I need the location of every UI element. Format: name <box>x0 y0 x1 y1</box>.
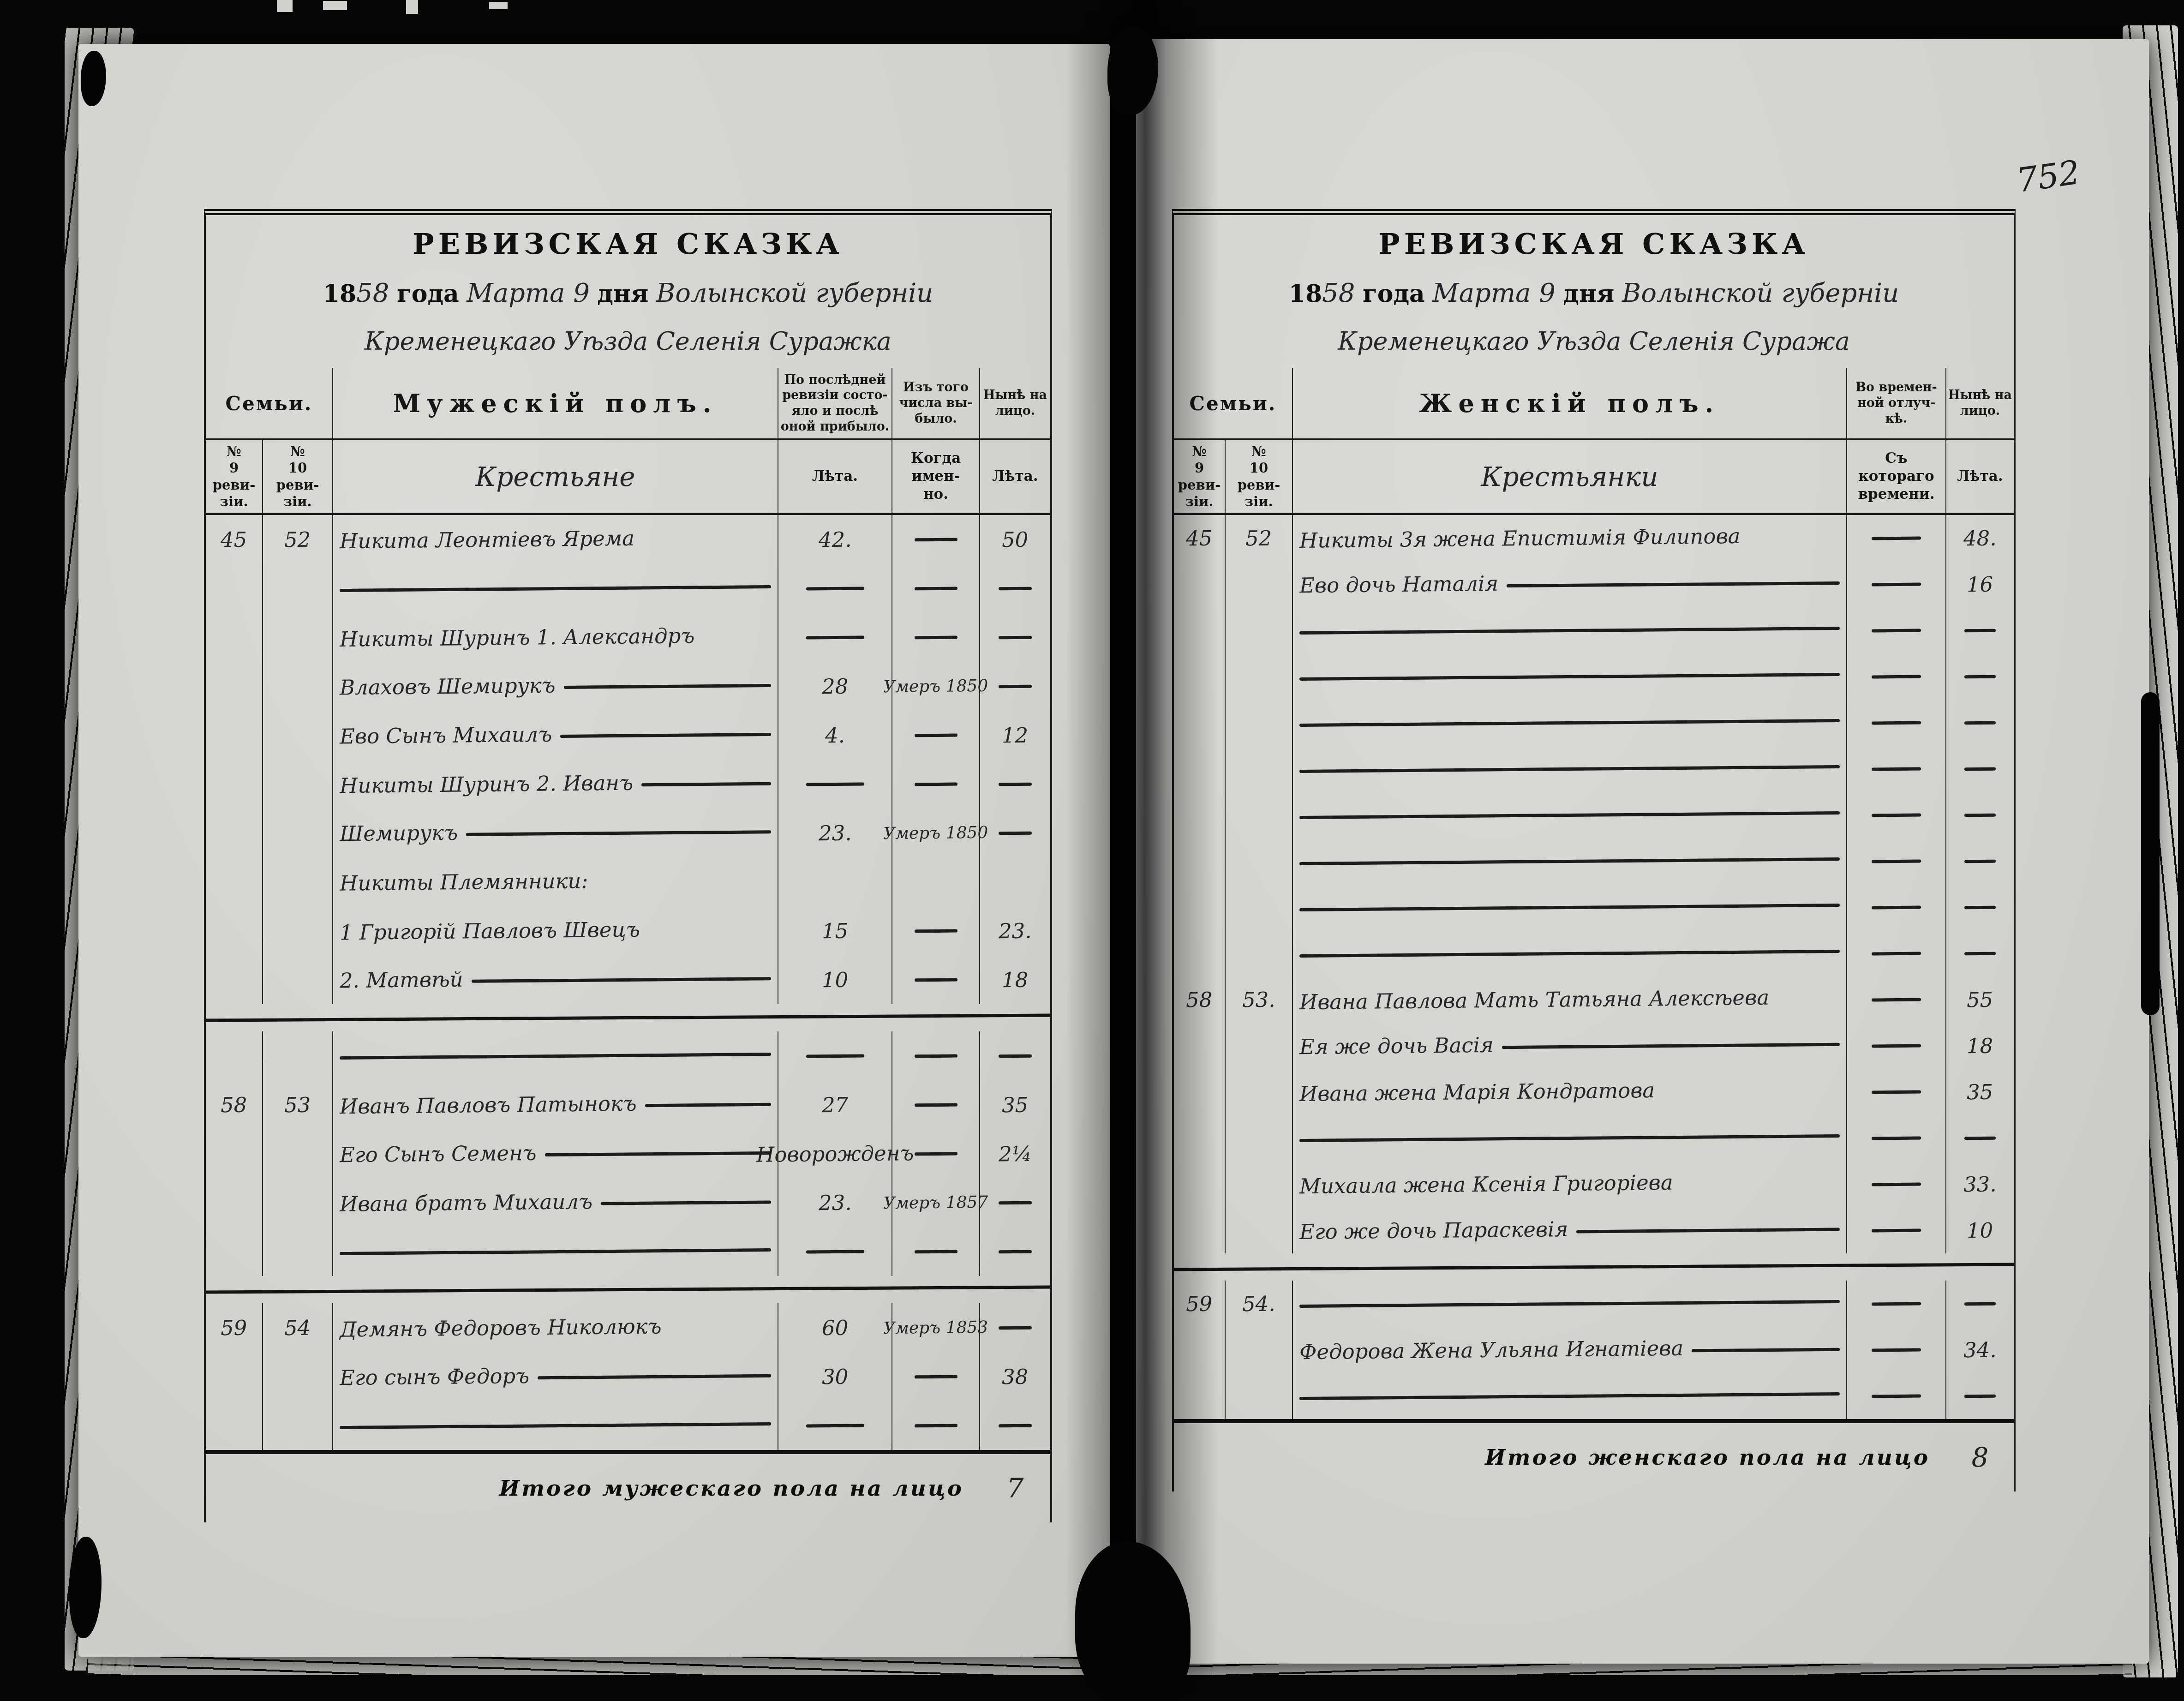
handwritten-name: Никита Леонтіевъ Ярема <box>340 526 634 553</box>
cell-when <box>892 515 980 564</box>
header-now-present: Нынѣ на лицо. <box>980 368 1050 438</box>
handwritten-dash <box>999 1326 1032 1330</box>
table-row: 5954. <box>1174 1281 2014 1327</box>
cell-now <box>1946 653 2014 700</box>
cell-away <box>1847 1023 1946 1069</box>
handwritten-value: 2¼ <box>999 1141 1032 1166</box>
cell-last <box>778 613 892 662</box>
cell-name <box>333 1227 778 1276</box>
left-page: РЕВИЗСКАЯ СКАЗКА 1858 года Марта 9 дня В… <box>78 44 1110 1657</box>
handwritten-value: 50 <box>1002 527 1029 552</box>
handwritten-dash <box>1502 1042 1840 1048</box>
cell-r9 <box>206 955 263 1004</box>
cell-when: Умеръ 1853 <box>892 1303 980 1352</box>
cell-r10 <box>263 1227 333 1276</box>
cell-now: 18 <box>980 955 1050 1004</box>
cell-r10 <box>263 809 333 857</box>
header-female-sex: Женскій полъ. <box>1293 368 1847 438</box>
table-row <box>1174 1373 2014 1419</box>
handwritten-dash <box>999 635 1032 639</box>
handwritten-value: 4. <box>825 723 845 747</box>
cell-r10: 54. <box>1226 1281 1293 1327</box>
handwritten-dash <box>1872 1302 1921 1306</box>
cell-name <box>1293 700 1847 746</box>
subheader-years-now: Лѣта. <box>1946 440 2014 513</box>
cell-away <box>1847 653 1946 700</box>
cell-r10 <box>1226 561 1293 607</box>
handwritten-dash <box>1872 767 1921 771</box>
handwritten-dash <box>1299 949 1840 957</box>
film-edge-mark <box>277 0 293 12</box>
cell-away <box>1847 930 1946 976</box>
cell-now <box>1946 884 2014 930</box>
handwritten-dash <box>915 733 957 737</box>
cell-away <box>1847 1281 1946 1327</box>
cell-when <box>892 1031 980 1080</box>
table-row: Михаила жена Ксенія Григоріева33. <box>1174 1161 2014 1207</box>
handwritten-dash <box>999 1424 1032 1427</box>
cell-name <box>1293 792 1847 838</box>
cell-away <box>1847 1207 1946 1253</box>
table-row: Ивана жена Марія Кондратова35 <box>1174 1069 2014 1115</box>
cell-last: 15 <box>778 906 892 955</box>
subheader-rev9: № 9 реви- зіи. <box>206 440 263 513</box>
cell-last <box>778 760 892 809</box>
cell-name <box>333 564 778 613</box>
handwritten-dash <box>915 1250 957 1253</box>
cell-now: 12 <box>980 711 1050 760</box>
handwritten-dash <box>1964 1136 1996 1140</box>
cell-when <box>892 760 980 809</box>
table-row: Его же дочь Параскевія10 <box>1174 1207 2014 1253</box>
right-title-area: РЕВИЗСКАЯ СКАЗКА 1858 года Марта 9 дня В… <box>1174 215 2014 368</box>
cell-r10 <box>263 906 333 955</box>
cell-now <box>1946 838 2014 884</box>
handwritten-dash <box>915 587 957 590</box>
cell-now <box>980 809 1050 857</box>
cell-now <box>980 1401 1050 1450</box>
handwritten-value: 10 <box>822 967 849 992</box>
cell-now <box>980 1178 1050 1227</box>
cell-name: Никиты Шуринъ 2. Иванъ <box>333 760 778 809</box>
handwritten-dash <box>1964 1302 1996 1306</box>
cell-now <box>980 662 1050 711</box>
right-page: 752 РЕВИЗСКАЯ СКАЗКА 1858 года Марта 9 д… <box>1136 39 2149 1664</box>
cell-away <box>1847 515 1946 561</box>
handwritten-value: 53 <box>284 1092 311 1117</box>
cell-when <box>892 711 980 760</box>
subheader-group-peasants: Крестьяне <box>333 440 778 513</box>
handwritten-dash <box>340 1052 771 1059</box>
handwritten-value: 23. <box>818 1190 851 1215</box>
handwritten-dash <box>1299 857 1840 865</box>
handwritten-dash <box>1964 859 1996 863</box>
handwritten-dash <box>466 830 771 836</box>
cell-r10 <box>263 857 333 906</box>
handwritten-dash <box>1964 905 1996 909</box>
cell-name <box>1293 607 1847 653</box>
cell-r10: 52 <box>1226 515 1293 561</box>
handwritten-dash <box>999 1201 1032 1204</box>
handwritten-dash <box>915 1054 957 1058</box>
cell-last <box>778 564 892 613</box>
handwritten-value: 42. <box>818 527 851 552</box>
film-edge-mark <box>489 2 508 9</box>
handwritten-name: Ея же дочь Васія <box>1299 1032 1494 1059</box>
cell-name: Никиты 3я жена Епистимія Филипова <box>1293 515 1847 561</box>
handwritten-page-number: 752 <box>2014 153 2082 200</box>
cell-name: Шемирукъ <box>333 809 778 857</box>
handwritten-name: Его сынъ Федоръ <box>340 1363 530 1390</box>
handwritten-dash <box>340 585 771 592</box>
total-male-label: Итого мужескаго пола на лицо <box>206 1476 980 1501</box>
table-row: Никиты Шуринъ 2. Иванъ <box>206 760 1050 809</box>
cell-now: 23. <box>980 906 1050 955</box>
handwritten-value: 34. <box>1963 1337 1997 1362</box>
handwritten-dash <box>806 587 864 590</box>
handwritten-dash <box>538 1374 771 1379</box>
cell-r9 <box>206 857 263 906</box>
handwritten-dash <box>999 1250 1032 1253</box>
cell-name: Иванъ Павловъ Патынокъ <box>333 1080 778 1129</box>
cell-when <box>892 857 980 906</box>
table-row: Ея же дочь Васія18 <box>1174 1023 2014 1069</box>
table-row: Федорова Жена Ульяна Игнатіева34. <box>1174 1327 2014 1373</box>
scan-artifact <box>2141 692 2160 1015</box>
cell-name: 2. Матвѣй <box>333 955 778 1004</box>
handwritten-value: 23. <box>818 821 851 845</box>
handwritten-dash <box>1872 536 1921 540</box>
cell-away <box>1847 746 1946 792</box>
cell-now: 18 <box>1946 1023 2014 1069</box>
table-row: Влаховъ Шемирукъ28Умеръ 1850 <box>206 662 1050 711</box>
cell-name: Влаховъ Шемирукъ <box>333 662 778 711</box>
cell-now: 48. <box>1946 515 2014 561</box>
left-subheader-row: № 9 реви- зіи. № 10 реви- зіи. Крестьяне… <box>206 440 1050 515</box>
table-row: 5954Демянъ Федоровъ Николюкъ60Умеръ 1853 <box>206 1303 1050 1352</box>
family-divider <box>206 1285 1050 1294</box>
subheader-years-now: Лѣта. <box>980 440 1050 513</box>
right-table-body: 4552Никиты 3я жена Епистимія Филипова48.… <box>1174 515 2014 1419</box>
book-gutter-shadow <box>1066 0 1218 1701</box>
cell-r10 <box>263 1178 333 1227</box>
handwritten-dash <box>1872 675 1921 678</box>
cell-away <box>1847 792 1946 838</box>
handwritten-dash <box>999 831 1032 835</box>
handwritten-dash <box>1872 998 1921 1001</box>
handwritten-value: 15 <box>822 918 849 943</box>
cell-name: Ея же дочь Васія <box>1293 1023 1847 1069</box>
table-row: 5853.Ивана Павлова Мать Татьяна Алексѣев… <box>1174 976 2014 1023</box>
year-handwritten: 58 <box>1322 278 1355 308</box>
cell-name <box>1293 884 1847 930</box>
cell-now <box>980 1031 1050 1080</box>
table-row: Ево дочь Наталія16 <box>1174 561 2014 607</box>
header-departed: Изъ того числа вы- было. <box>892 368 980 438</box>
cell-name: Демянъ Федоровъ Николюкъ <box>333 1303 778 1352</box>
handwritten-dash <box>806 1054 864 1058</box>
cell-name <box>1293 930 1847 976</box>
cell-away <box>1847 1327 1946 1373</box>
cell-when <box>892 564 980 613</box>
table-row: 5853Иванъ Павловъ Патынокъ2735 <box>206 1080 1050 1129</box>
cell-away <box>1847 1161 1946 1207</box>
handwritten-dash <box>1872 1228 1921 1232</box>
cell-away <box>1847 700 1946 746</box>
word-day: дня <box>1563 280 1614 308</box>
table-row <box>1174 746 2014 792</box>
cell-when: Умеръ 1850 <box>892 809 980 857</box>
cell-r10 <box>263 1352 333 1401</box>
cell-r10 <box>1226 1161 1293 1207</box>
cell-now <box>980 1227 1050 1276</box>
header-last-revision: По послѣдней ревизіи состо- яло и послѣ … <box>778 368 892 438</box>
total-female-label: Итого женскаго пола на лицо <box>1174 1445 1946 1470</box>
handwritten-value: 52 <box>1245 526 1272 551</box>
table-row <box>1174 607 2014 653</box>
cell-r9 <box>206 1178 263 1227</box>
table-row <box>1174 838 2014 884</box>
handwritten-dash <box>1964 721 1996 725</box>
handwritten-name: Демянъ Федоровъ Николюкъ <box>340 1314 662 1342</box>
table-row: 1 Григорій Павловъ Швецъ1523. <box>206 906 1050 955</box>
cell-r10 <box>263 760 333 809</box>
cell-name: Ево Сынъ Михаилъ <box>333 711 778 760</box>
cell-r10 <box>1226 884 1293 930</box>
cell-r9 <box>206 564 263 613</box>
right-header-row: Семьи. Женскій полъ. Во времен- ной отлу… <box>1174 368 2014 440</box>
cell-name: Его Сынъ Семенъ <box>333 1129 778 1178</box>
cell-now: 55 <box>1946 976 2014 1023</box>
handwritten-dash <box>472 977 771 983</box>
cell-now <box>1946 746 2014 792</box>
handwritten-dash <box>1872 1044 1921 1048</box>
left-header-row: Семьи. Мужескій полъ. По послѣдней ревиз… <box>206 368 1050 440</box>
handwritten-dash <box>806 1250 864 1253</box>
cell-when <box>892 1352 980 1401</box>
cell-name: Его же дочь Параскевія <box>1293 1207 1847 1253</box>
cell-r9 <box>206 613 263 662</box>
handwritten-dash <box>999 587 1032 590</box>
subheader-group-peasant-women: Крестьянки <box>1293 440 1847 513</box>
cell-last: 28 <box>778 662 892 711</box>
word-day: дня <box>597 280 648 308</box>
cell-away <box>1847 884 1946 930</box>
cell-r10 <box>1226 1069 1293 1115</box>
province-handwritten: Волынской губерніи <box>1622 278 1899 308</box>
handwritten-dash <box>1964 952 1996 955</box>
handwritten-dash <box>1872 629 1921 632</box>
cell-now <box>1946 1373 2014 1419</box>
handwritten-name: Ево дочь Наталія <box>1299 571 1499 598</box>
cell-away <box>1847 607 1946 653</box>
handwritten-name: Иванъ Павловъ Патынокъ <box>340 1091 637 1119</box>
table-row <box>206 1031 1050 1080</box>
handwritten-dash <box>806 1424 864 1427</box>
cell-name <box>1293 838 1847 884</box>
cell-r10 <box>1226 1373 1293 1419</box>
table-row: Никиты Племянники: <box>206 857 1050 906</box>
cell-name: Его сынъ Федоръ <box>333 1352 778 1401</box>
right-subheader-row: № 9 реви- зіи. № 10 реви- зіи. Крестьянк… <box>1174 440 2014 515</box>
year-printed: 18 <box>323 280 356 308</box>
table-row: Его сынъ Федоръ3038 <box>206 1352 1050 1401</box>
year-printed: 18 <box>1289 280 1322 308</box>
cell-name: Никиты Шуринъ 1. Александръ <box>333 613 778 662</box>
handwritten-name: Влаховъ Шемирукъ <box>340 673 556 700</box>
cell-now <box>1946 1281 2014 1327</box>
table-row <box>1174 653 2014 700</box>
cell-r10 <box>263 1129 333 1178</box>
cell-r10 <box>1226 1327 1293 1373</box>
handwritten-dash <box>1299 765 1840 773</box>
handwritten-dash <box>1964 813 1996 817</box>
cell-r9 <box>206 906 263 955</box>
table-row <box>206 1227 1050 1276</box>
cell-r9 <box>206 760 263 809</box>
cell-name: Ивана Павлова Мать Татьяна Алексѣева <box>1293 976 1847 1023</box>
handwritten-value: 54 <box>284 1315 311 1340</box>
handwritten-dash <box>915 1375 957 1378</box>
handwritten-dash <box>915 635 957 639</box>
left-revision-table: РЕВИЗСКАЯ СКАЗКА 1858 года Марта 9 дня В… <box>204 209 1052 1522</box>
cell-now: 35 <box>1946 1069 2014 1115</box>
document-title: РЕВИЗСКАЯ СКАЗКА <box>206 227 1050 261</box>
handwritten-dash <box>915 929 957 933</box>
handwritten-value: 38 <box>1002 1364 1029 1389</box>
cell-last: 60 <box>778 1303 892 1352</box>
handwritten-dash <box>1872 1182 1921 1186</box>
handwritten-dash <box>1872 1136 1921 1140</box>
handwritten-value: Умеръ 1850 <box>883 823 988 843</box>
handwritten-value: 33. <box>1963 1172 1997 1197</box>
cell-name: Ивана братъ Михаилъ <box>333 1178 778 1227</box>
cell-r10 <box>1226 1023 1293 1069</box>
handwritten-dash <box>1872 582 1921 586</box>
table-row: Шемирукъ23.Умеръ 1850 <box>206 809 1050 857</box>
cell-r9 <box>206 809 263 857</box>
handwritten-name: Ивана жена Марія Кондратова <box>1299 1078 1655 1106</box>
handwritten-dash <box>1872 721 1921 725</box>
handwritten-name: Никиты Шуринъ 1. Александръ <box>340 623 695 651</box>
cell-when: Умеръ 1850 <box>892 662 980 711</box>
document-title: РЕВИЗСКАЯ СКАЗКА <box>1174 227 2014 261</box>
cell-r10 <box>263 662 333 711</box>
handwritten-dash <box>1299 626 1840 634</box>
cell-last: 27 <box>778 1080 892 1129</box>
handwritten-name: Федорова Жена Ульяна Игнатіева <box>1299 1336 1684 1364</box>
table-row <box>1174 930 2014 976</box>
handwritten-dash <box>1872 1348 1921 1352</box>
right-revision-table: РЕВИЗСКАЯ СКАЗКА 1858 года Марта 9 дня В… <box>1172 209 2016 1491</box>
cell-now <box>980 857 1050 906</box>
handwritten-name: 2. Матвѣй <box>340 967 463 993</box>
month-day-handwritten: Марта 9 <box>467 278 590 308</box>
table-row: Ивана братъ Михаилъ23.Умеръ 1857 <box>206 1178 1050 1227</box>
handwritten-value: 58 <box>221 1092 247 1117</box>
cell-name: Ево дочь Наталія <box>1293 561 1847 607</box>
cell-r10 <box>1226 1115 1293 1161</box>
cell-last <box>778 1227 892 1276</box>
subheader-when-exactly: Когда имен- но. <box>892 440 980 513</box>
cell-name: 1 Григорій Павловъ Швецъ <box>333 906 778 955</box>
handwritten-dash <box>641 782 771 786</box>
handwritten-dash <box>1299 811 1840 819</box>
cell-r10 <box>1226 700 1293 746</box>
cell-name <box>1293 653 1847 700</box>
handwritten-dash <box>340 1248 771 1255</box>
cell-r10: 53. <box>1226 976 1293 1023</box>
cell-now <box>1946 700 2014 746</box>
cell-r10 <box>263 711 333 760</box>
month-day-handwritten: Марта 9 <box>1432 278 1556 308</box>
handwritten-value: 12 <box>1002 723 1029 748</box>
cell-name <box>1293 746 1847 792</box>
cell-away <box>1847 1069 1946 1115</box>
handwritten-value: 52 <box>284 527 311 552</box>
handwritten-dash <box>1872 1394 1921 1398</box>
cell-now: 35 <box>980 1080 1050 1129</box>
cell-now <box>980 760 1050 809</box>
cell-name: Никиты Племянники: <box>333 857 778 906</box>
cell-r10: 54 <box>263 1303 333 1352</box>
handwritten-name: Никиты Шуринъ 2. Иванъ <box>340 770 634 798</box>
left-title-area: РЕВИЗСКАЯ СКАЗКА 1858 года Марта 9 дня В… <box>206 215 1050 368</box>
handwritten-name: Ивана братъ Михаилъ <box>340 1189 593 1216</box>
cell-last: 10 <box>778 955 892 1004</box>
handwritten-name: Никиты 3я жена Епистимія Филипова <box>1299 523 1741 552</box>
cell-now: 34. <box>1946 1327 2014 1373</box>
family-divider <box>1174 1263 2014 1271</box>
table-row: Его Сынъ СеменъНоворожденъ2¼ <box>206 1129 1050 1178</box>
year-handwritten: 58 <box>356 278 389 308</box>
word-year: года <box>1363 280 1425 308</box>
cell-away <box>1847 976 1946 1023</box>
handwritten-dash <box>1872 813 1921 817</box>
cell-name <box>1293 1281 1847 1327</box>
handwritten-dash <box>915 1103 957 1107</box>
header-family: Семьи. <box>206 368 333 438</box>
cell-name: Ивана жена Марія Кондратова <box>1293 1069 1847 1115</box>
table-row: Никиты Шуринъ 1. Александръ <box>206 613 1050 662</box>
handwritten-value: Умеръ 1853 <box>883 1318 988 1337</box>
handwritten-dash <box>1299 1392 1840 1400</box>
handwritten-dash <box>1964 1394 1996 1398</box>
subheader-years-last: Лѣта. <box>778 440 892 513</box>
handwritten-dash <box>1299 672 1840 680</box>
cell-now <box>1946 1115 2014 1161</box>
handwritten-value: 10 <box>1967 1218 1993 1243</box>
table-row <box>1174 884 2014 930</box>
cell-when: Умеръ 1857 <box>892 1178 980 1227</box>
cell-r9 <box>206 662 263 711</box>
handwritten-dash <box>999 1054 1032 1058</box>
handwritten-value: 45 <box>221 527 247 552</box>
cell-name: Михаила жена Ксенія Григоріева <box>1293 1161 1847 1207</box>
handwritten-dash <box>806 782 864 786</box>
handwritten-dash <box>915 978 957 982</box>
handwritten-name: Его же дочь Параскевія <box>1299 1216 1568 1244</box>
cell-last <box>778 857 892 906</box>
handwritten-value: 18 <box>1967 1033 1993 1058</box>
total-male-value: 7 <box>980 1473 1050 1504</box>
subheader-since-when: Съ котораго времени. <box>1847 440 1946 513</box>
handwritten-value: 27 <box>822 1092 849 1117</box>
handwritten-value: 28 <box>822 674 849 699</box>
handwritten-value: 35 <box>1002 1092 1029 1117</box>
cell-now: 10 <box>1946 1207 2014 1253</box>
table-row: Ево Сынъ Михаилъ4.12 <box>206 711 1050 760</box>
